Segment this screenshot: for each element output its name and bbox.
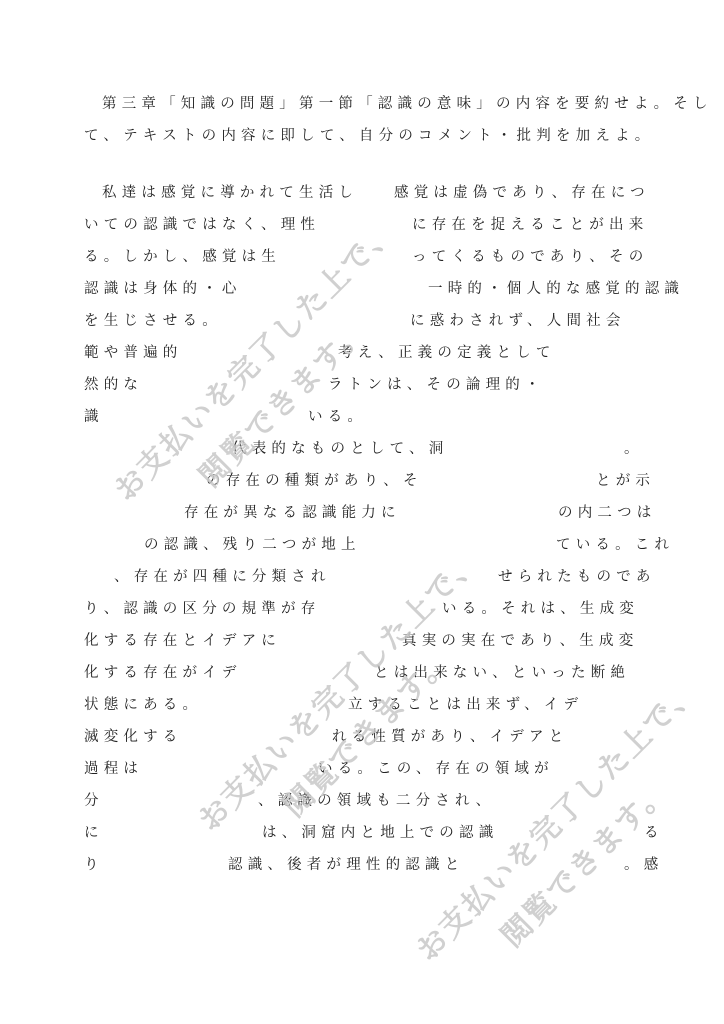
text-mid: 存在が異なる認識能力に — [184, 503, 401, 523]
text-right: ている。これ — [556, 535, 674, 555]
text-right: いる。 — [308, 407, 367, 427]
text-left: 化する存在がイデ — [84, 663, 242, 683]
text-left: を生じさせる。 — [84, 311, 222, 331]
text-right: 感覚は虚偽であり、存在につ — [394, 183, 650, 203]
prompt-text-1: 第三章「知識の問題」第一節「認識の意味」の内容を要約せよ。そし — [102, 94, 713, 114]
text-left: 範や普遍的 — [84, 343, 183, 363]
document-page: 第三章「知識の問題」第一節「認識の意味」の内容を要約せよ。そし て、テキストの内… — [0, 0, 724, 1024]
text-left: 滅変化する — [84, 727, 183, 747]
text-right: に惑わされず、人間社会 — [410, 311, 626, 331]
text-left: る。しかし、感覚は生 — [84, 247, 281, 267]
text-left: り — [84, 855, 104, 875]
text-left: 過程は — [84, 759, 143, 779]
text-right: 。 — [624, 439, 644, 459]
text-left: に — [84, 823, 104, 843]
text-left: 然的な — [84, 375, 143, 395]
text-left: り、認識の区分の規準が存 — [84, 599, 320, 619]
prompt-text-2: て、テキストの内容に即して、自分のコメント・批判を加えよ。 — [84, 126, 654, 146]
text-mid: 、存在が四種に分類され — [114, 567, 331, 587]
text-left: 状態にある。 — [84, 695, 202, 715]
text-right: ってくるものであり、その — [412, 247, 648, 267]
text-right: とが示 — [596, 471, 655, 491]
text-left: 分 — [84, 791, 104, 811]
text-left: 識 — [84, 407, 104, 427]
text-mid: の認識、残り二つが地上 — [144, 535, 361, 555]
text-right: 一時的・個人的な感覚的認識 — [428, 279, 684, 299]
text-left: 化する存在とイデアに — [84, 631, 281, 651]
text-left: 認識は身体的・心 — [84, 279, 242, 299]
text-right: に存在を捉えることが出来 — [412, 215, 648, 235]
text-right: せられたものであ — [498, 567, 656, 587]
text-right: 考え、正義の定義として — [338, 343, 556, 363]
text-left: いての認識ではなく、理性 — [84, 215, 320, 235]
text-right: ラトンは、その論理的・ — [328, 375, 545, 395]
text-tail: 。感 — [624, 855, 663, 875]
text-left: 私達は感覚に導かれて生活し — [102, 183, 358, 203]
text-right: の内二つは — [558, 503, 657, 523]
